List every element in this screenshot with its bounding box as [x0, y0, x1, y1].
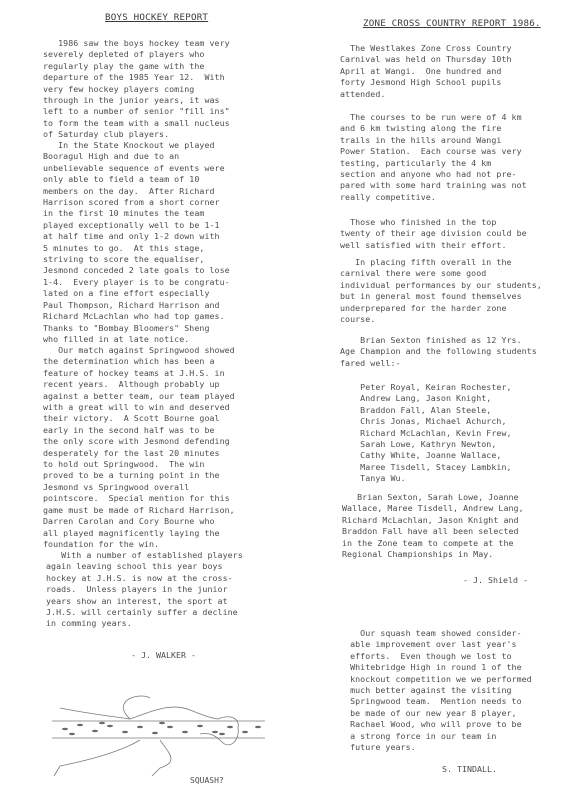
hockey-report-title: BOYS HOCKEY REPORT [105, 12, 208, 23]
squash-signature: S. TINDALL. [442, 764, 497, 774]
hockey-signature: - J. WALKER - [131, 650, 196, 660]
hockey-paragraph: In the State Knockout we played Booragul… [43, 140, 230, 345]
hockey-paragraph: 1986 saw the boys hockey team very sever… [43, 38, 230, 141]
squash-paragraph: Our squash team showed consider- able im… [340, 628, 532, 753]
cross-country-paragraph: The Westlakes Zone Cross Country Carniva… [340, 43, 512, 100]
cross-country-paragraph: Those who finished in the top twenty of … [340, 217, 527, 251]
swimmer-sketch-icon [40, 672, 280, 792]
cross-country-paragraph: In placing fifth overall in the carnival… [340, 257, 542, 325]
cross-country-signature: - J. Shield - [463, 575, 528, 585]
students-list: Peter Royal, Keiran Rochester, Andrew La… [340, 382, 512, 485]
cross-country-paragraph: The courses to be run were of 4 km and 6… [340, 112, 527, 203]
squash-drawing: SQUASH? [40, 672, 280, 792]
drawing-caption: SQUASH? [190, 776, 224, 785]
cross-country-paragraph: Brian Sexton finished as 12 Yrs. Age Cha… [340, 335, 537, 369]
hockey-paragraph: With a number of established players aga… [46, 550, 243, 630]
cross-country-paragraph: Brian Sexton, Sarah Lowe, Joanne Wallace… [342, 492, 524, 560]
cross-country-title: ZONE CROSS COUNTRY REPORT 1986. [363, 18, 541, 29]
hockey-paragraph: Our match against Springwood showed the … [43, 345, 235, 550]
